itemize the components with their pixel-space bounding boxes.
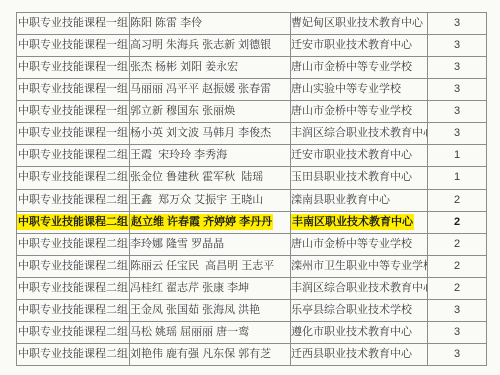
table-row: 中职专业技能课程一组高习明 朱海兵 张志新 刘德银迁安市职业技术教育中心3 — [17, 35, 487, 57]
highlight-mark: 赵立维 许春霞 齐婷婷 李丹丹 — [130, 214, 273, 230]
institution-cell: 迁安市职业技术教育中心 — [291, 35, 428, 57]
results-table-body: 中职专业技能课程一组陈阳 陈雷 李伶曹妃甸区职业技术教育中心3中职专业技能课程一… — [17, 13, 487, 366]
group-cell: 中职专业技能课程二组 — [17, 343, 130, 365]
group-cell: 中职专业技能课程一组 — [17, 123, 130, 145]
document-scan: 中职专业技能课程一组陈阳 陈雷 李伶曹妃甸区职业技术教育中心3中职专业技能课程一… — [0, 0, 500, 375]
table-row: 中职专业技能课程二组李玲娜 隆雪 罗晶晶唐山市金桥中等专业学校2 — [17, 233, 487, 255]
names-cell: 张杰 杨彬 刘阳 姜永宏 — [130, 57, 291, 79]
table-row: 中职专业技能课程二组马松 姚瑶 屈丽丽 唐一鸾遵化市职业技术教育中心3 — [17, 321, 487, 343]
table-row: 中职专业技能课程二组刘艳伟 鹿有强 凡东保 郭有芝迁西县职业技术教育中心3 — [17, 343, 487, 365]
table-row: 中职专业技能课程二组陈丽云 任宝民 高昌明 王志平滦州市卫生职业中等专业学校2 — [17, 255, 487, 277]
institution-cell: 滦州市卫生职业中等专业学校 — [291, 255, 428, 277]
count-cell: 3 — [428, 13, 487, 35]
table-row: 中职专业技能课程二组王金凤 张国茹 张海凤 洪艳乐亭县综合职业技术学校3 — [17, 299, 487, 321]
group-cell: 中职专业技能课程二组 — [17, 145, 130, 167]
count-cell: 3 — [428, 79, 487, 101]
names-cell: 陈阳 陈雷 李伶 — [130, 13, 291, 35]
institution-cell: 丰南区职业技术教育中心 — [291, 211, 428, 233]
count-cell: 1 — [428, 145, 487, 167]
institution-cell: 迁西县职业技术教育中心 — [291, 343, 428, 365]
institution-cell: 唐山市金桥中等专业学校 — [291, 233, 428, 255]
names-cell: 王鑫 郑万众 艾振宇 王晓山 — [130, 189, 291, 211]
names-cell: 冯桂红 翟志芹 张康 李坤 — [130, 277, 291, 299]
group-cell: 中职专业技能课程一组 — [17, 35, 130, 57]
institution-cell: 玉田县职业技术教育中心 — [291, 167, 428, 189]
table-row: 中职专业技能课程二组冯桂红 翟志芹 张康 李坤丰润区综合职业技术教育中心2 — [17, 277, 487, 299]
names-cell: 郭立新 穆国东 张丽焕 — [130, 101, 291, 123]
count-cell: 2 — [428, 189, 487, 211]
names-cell: 王金凤 张国茹 张海凤 洪艳 — [130, 299, 291, 321]
institution-cell: 唐山市金桥中等专业学校 — [291, 57, 428, 79]
table-row: 中职专业技能课程二组张金位 鲁建秋 霍军秋 陆瑶玉田县职业技术教育中心1 — [17, 167, 487, 189]
group-cell: 中职专业技能课程二组 — [17, 321, 130, 343]
count-cell: 3 — [428, 321, 487, 343]
highlight-mark: 中职专业技能课程二组 — [17, 214, 129, 230]
institution-cell: 丰润区综合职业技术教育中心 — [291, 123, 428, 145]
institution-cell: 遵化市职业技术教育中心 — [291, 321, 428, 343]
names-cell: 高习明 朱海兵 张志新 刘德银 — [130, 35, 291, 57]
table-row: 中职专业技能课程一组郭立新 穆国东 张丽焕唐山市金桥中等专业学校3 — [17, 101, 487, 123]
group-cell: 中职专业技能课程一组 — [17, 13, 130, 35]
group-cell: 中职专业技能课程二组 — [17, 255, 130, 277]
count-cell: 3 — [428, 57, 487, 79]
count-cell: 3 — [428, 299, 487, 321]
table-row: 中职专业技能课程一组马丽丽 冯平平 赵振媛 张春雷唐山实验中等专业学校3 — [17, 79, 487, 101]
count-cell: 1 — [428, 167, 487, 189]
table-row: 中职专业技能课程一组张杰 杨彬 刘阳 姜永宏唐山市金桥中等专业学校3 — [17, 57, 487, 79]
count-cell: 3 — [428, 123, 487, 145]
names-cell: 张金位 鲁建秋 霍军秋 陆瑶 — [130, 167, 291, 189]
table-row: 中职专业技能课程一组陈阳 陈雷 李伶曹妃甸区职业技术教育中心3 — [17, 13, 487, 35]
count-cell: 3 — [428, 35, 487, 57]
names-cell: 马松 姚瑶 屈丽丽 唐一鸾 — [130, 321, 291, 343]
institution-cell: 唐山市金桥中等专业学校 — [291, 101, 428, 123]
group-cell: 中职专业技能课程二组 — [17, 233, 130, 255]
table-row: 中职专业技能课程二组王鑫 郑万众 艾振宇 王晓山滦南县职业教育中心2 — [17, 189, 487, 211]
highlight-mark: 丰南区职业技术教育中心 — [291, 214, 414, 230]
group-cell: 中职专业技能课程一组 — [17, 57, 130, 79]
names-cell: 陈丽云 任宝民 高昌明 王志平 — [130, 255, 291, 277]
institution-cell: 丰润区综合职业技术教育中心 — [291, 277, 428, 299]
names-cell: 李玲娜 隆雪 罗晶晶 — [130, 233, 291, 255]
count-cell: 3 — [428, 101, 487, 123]
group-cell: 中职专业技能课程二组 — [17, 299, 130, 321]
count-cell: 2 — [428, 277, 487, 299]
names-cell: 刘艳伟 鹿有强 凡东保 郭有芝 — [130, 343, 291, 365]
count-cell: 3 — [428, 343, 487, 365]
group-cell: 中职专业技能课程二组 — [17, 277, 130, 299]
count-cell: 2 — [428, 211, 487, 233]
group-cell: 中职专业技能课程一组 — [17, 79, 130, 101]
names-cell: 马丽丽 冯平平 赵振媛 张春雷 — [130, 79, 291, 101]
table-row: 中职专业技能课程二组王霞 宋玲玲 李秀海迁安市职业技术教育中心1 — [17, 145, 487, 167]
group-cell: 中职专业技能课程二组 — [17, 211, 130, 233]
group-cell: 中职专业技能课程二组 — [17, 189, 130, 211]
count-cell: 2 — [428, 233, 487, 255]
count-cell: 2 — [428, 255, 487, 277]
table-row: 中职专业技能课程二组赵立维 许春霞 齐婷婷 李丹丹丰南区职业技术教育中心2 — [17, 211, 487, 233]
group-cell: 中职专业技能课程二组 — [17, 167, 130, 189]
institution-cell: 迁安市职业技术教育中心 — [291, 145, 428, 167]
results-table: 中职专业技能课程一组陈阳 陈雷 李伶曹妃甸区职业技术教育中心3中职专业技能课程一… — [16, 12, 487, 366]
institution-cell: 曹妃甸区职业技术教育中心 — [291, 13, 428, 35]
institution-cell: 乐亭县综合职业技术学校 — [291, 299, 428, 321]
institution-cell: 唐山实验中等专业学校 — [291, 79, 428, 101]
table-row: 中职专业技能课程一组杨小英 刘文波 马韩月 李俊杰丰润区综合职业技术教育中心3 — [17, 123, 487, 145]
names-cell: 王霞 宋玲玲 李秀海 — [130, 145, 291, 167]
group-cell: 中职专业技能课程一组 — [17, 101, 130, 123]
institution-cell: 滦南县职业教育中心 — [291, 189, 428, 211]
names-cell: 杨小英 刘文波 马韩月 李俊杰 — [130, 123, 291, 145]
names-cell: 赵立维 许春霞 齐婷婷 李丹丹 — [130, 211, 291, 233]
